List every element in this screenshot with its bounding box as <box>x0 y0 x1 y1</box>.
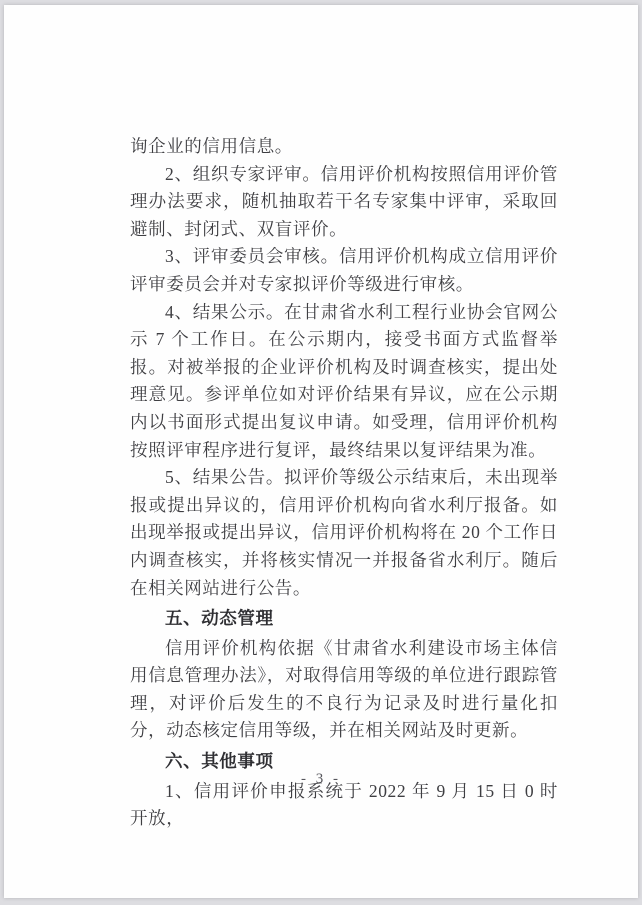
page-number: - 3 - <box>4 771 638 788</box>
paragraph: 询企业的信用信息。 <box>130 133 558 161</box>
document-body: 询企业的信用信息。 2、组织专家评审。信用评价机构按照信用评价管理办法要求，随机… <box>130 133 558 833</box>
paragraph: 4、结果公示。在甘肃省水利工程行业协会官网公示 7 个工作日。在公示期内，接受书… <box>130 299 558 465</box>
section-heading: 五、动态管理 <box>130 605 558 633</box>
paragraph: 3、评审委员会审核。信用评价机构成立信用评价评审委员会并对专家拟评价等级进行审核… <box>130 243 558 298</box>
paragraph: 信用评价机构依据《甘肃省水利建设市场主体信用信息管理办法》，对取得信用等级的单位… <box>130 635 558 745</box>
paragraph: 2、组织专家评审。信用评价机构按照信用评价管理办法要求，随机抽取若干名专家集中评… <box>130 161 558 244</box>
document-page: 询企业的信用信息。 2、组织专家评审。信用评价机构按照信用评价管理办法要求，随机… <box>4 5 638 898</box>
paragraph: 5、结果公告。拟评价等级公示结束后，未出现举报或提出异议的，信用评价机构向省水利… <box>130 464 558 602</box>
